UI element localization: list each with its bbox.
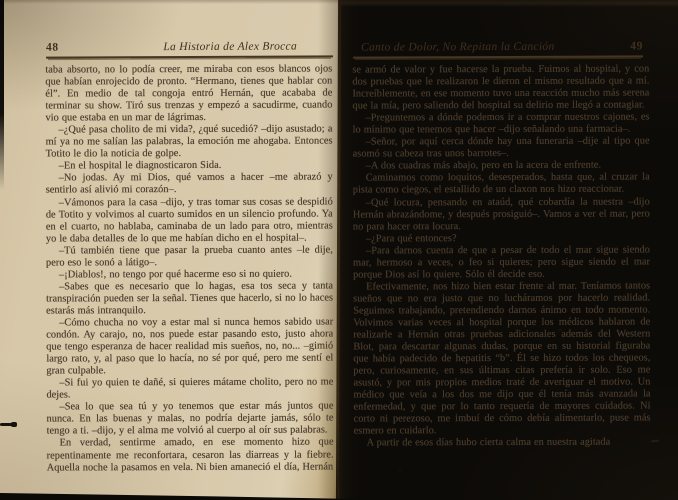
paragraph: –Qué locura, pensando en ataúd, qué coba… xyxy=(353,196,650,233)
paragraph: –Preguntemos a dónde podemos ir a compra… xyxy=(352,112,649,137)
paragraph: –Vámonos para la casa –dijo, y tras toma… xyxy=(46,196,333,245)
paragraph: –Sea lo que sea tú y yo tenemos que esta… xyxy=(46,401,333,438)
paragraph: taba absorto, no lo podía creer, me mira… xyxy=(45,64,332,125)
paragraph: –¿Qué pasa cholito de mi vida?, ¿qué suc… xyxy=(45,124,332,161)
left-page-body: taba absorto, no lo podía creer, me mira… xyxy=(45,64,333,475)
right-running-title: Canto de Dolor, No Repitan la Canción xyxy=(361,41,555,54)
paragraph: –¡Diablos!, no tengo por qué hacerme eso… xyxy=(46,268,333,281)
paragraph: –En el hospital le diagnosticaron Sida. xyxy=(46,160,333,173)
paragraph: A partir de esos días hubo cierta calma … xyxy=(354,437,651,450)
paragraph: –¿Para qué entonces? xyxy=(353,232,650,245)
paragraph: –A dos cuadras más abajo, pero en la ace… xyxy=(353,160,650,173)
left-page-number: 48 xyxy=(46,42,59,54)
paragraph: –Si fui yo quien te dañé, si quieres mát… xyxy=(46,377,333,402)
right-page-body: se armó de valor y fue hacerse la prueba… xyxy=(352,63,650,450)
paragraph: Efectivamente, nos hizo bien estar frent… xyxy=(353,280,651,438)
paragraph: –Para darnos cuenta de que a pesar de to… xyxy=(353,244,650,281)
paragraph: Caminamos como loquitos, desesperados, h… xyxy=(353,172,650,197)
left-running-title: La Historia de Alex Brocca xyxy=(163,41,297,54)
paragraph: –Cómo chucha no voy a estar mal si nunca… xyxy=(46,316,333,377)
right-page-number: 49 xyxy=(630,40,643,52)
paragraph: –Sabes que es necesario que lo hagas, es… xyxy=(46,280,333,317)
paragraph: se armó de valor y fue hacerse la prueba… xyxy=(352,63,649,112)
right-page-header: Canto de Dolor, No Repitan la Canción 49 xyxy=(353,40,643,58)
paragraph: –Tú también tiene que pasar la prueba cu… xyxy=(46,244,333,269)
left-page-header: 48 La Historia de Alex Brocca xyxy=(46,40,333,58)
paragraph: En verdad, sentirme amado, en ese moment… xyxy=(47,437,334,474)
paragraph: –No jodas. Ay mi Dios, qué vamos a hacer… xyxy=(46,172,333,197)
book-scan: 48 La Historia de Alex Brocca Canto de D… xyxy=(0,0,678,500)
paragraph: –Señor, por aquí cerca dónde hay una fun… xyxy=(353,136,650,161)
pen-mark xyxy=(0,423,13,426)
scan-edge-left xyxy=(0,0,4,190)
